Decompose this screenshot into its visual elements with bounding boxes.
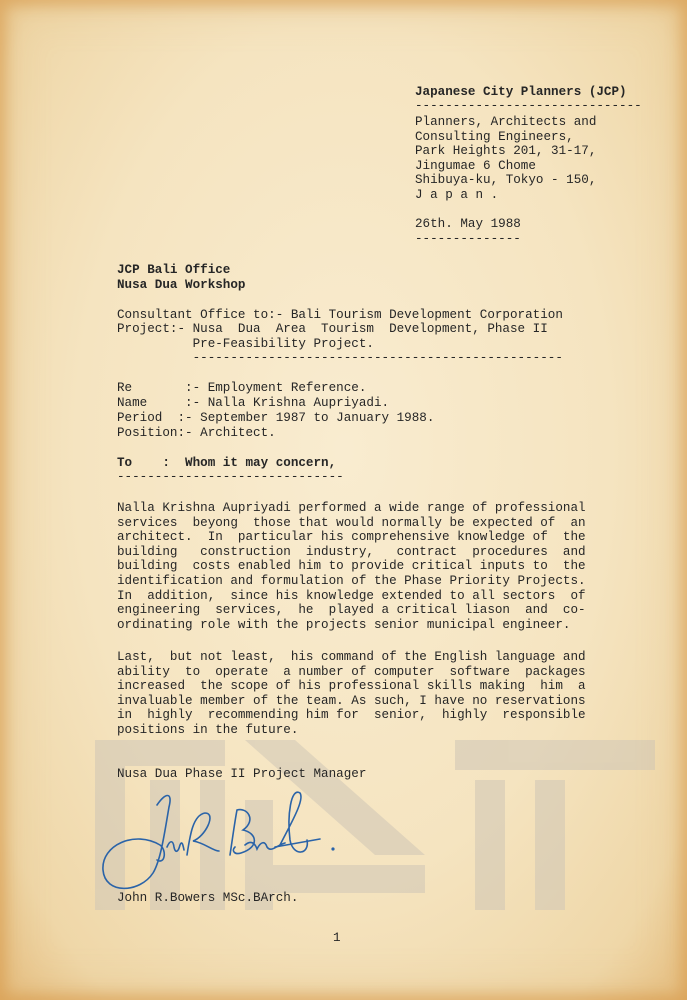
text-line: Last, but not least, his command of the … [117, 650, 577, 665]
name-line: Name :- Nalla Krishna Aupriyadi. [117, 396, 389, 411]
office-name: JCP Bali Office [117, 263, 230, 278]
re-line: Re :- Employment Reference. [117, 381, 366, 396]
text-line: services beyong those that would normall… [117, 516, 577, 531]
salutation: To : Whom it may concern, [117, 456, 336, 471]
text-line: engineering services, he played a critic… [117, 603, 577, 618]
page-number: 1 [333, 931, 341, 945]
text-line: invaluable member of the team. As such, … [117, 694, 577, 709]
address-line: Jingumae 6 Chome [415, 159, 536, 174]
text-line: In addition, since his knowledge extende… [117, 589, 577, 604]
address-line: Park Heights 201, 31-17, [415, 144, 596, 159]
letter-page: Japanese City Planners (JCP) -----------… [0, 0, 687, 1000]
text-line: in highly recommending him for senior, h… [117, 708, 577, 723]
date-underline: -------------- [415, 232, 521, 247]
text-line: ability to operate a number of computer … [117, 665, 577, 680]
signatory-name: John R.Bowers MSc.BArch. [117, 891, 298, 906]
text-line: building costs enabled him to provide cr… [117, 559, 577, 574]
company-name: Japanese City Planners (JCP) [415, 85, 627, 100]
salutation-underline: ------------------------------ [117, 470, 344, 485]
consultant-line: Consultant Office to:- Bali Tourism Deve… [117, 308, 563, 323]
text-line: increased the scope of his professional … [117, 679, 577, 694]
text-line: building construction industry, contract… [117, 545, 577, 560]
text-line: architect. In particular his comprehensi… [117, 530, 577, 545]
office-workshop: Nusa Dua Workshop [117, 278, 245, 293]
address-line: Consulting Engineers, [415, 130, 574, 145]
signature-icon [95, 785, 375, 905]
address-line: J a p a n . [415, 188, 498, 203]
address-line: Planners, Architects and [415, 115, 596, 130]
project-underline: ----------------------------------------… [117, 351, 563, 366]
signatory-title: Nusa Dua Phase II Project Manager [117, 767, 366, 782]
text-line: Nalla Krishna Aupriyadi performed a wide… [117, 501, 577, 516]
period-line: Period :- September 1987 to January 1988… [117, 411, 434, 426]
letter-date: 26th. May 1988 [415, 217, 521, 232]
text-line: positions in the future. [117, 723, 577, 738]
paragraph-1: Nalla Krishna Aupriyadi performed a wide… [117, 501, 577, 632]
address-line: Shibuya-ku, Tokyo - 150, [415, 173, 596, 188]
company-underline: ------------------------------ [415, 99, 642, 114]
paragraph-2: Last, but not least, his command of the … [117, 650, 577, 738]
project-line-2: Pre-Feasibility Project. [117, 337, 374, 352]
position-line: Position:- Architect. [117, 426, 276, 441]
project-line: Project:- Nusa Dua Area Tourism Developm… [117, 322, 548, 337]
text-line: ordinating role with the projects senior… [117, 618, 577, 633]
text-line: identification and formulation of the Ph… [117, 574, 577, 589]
